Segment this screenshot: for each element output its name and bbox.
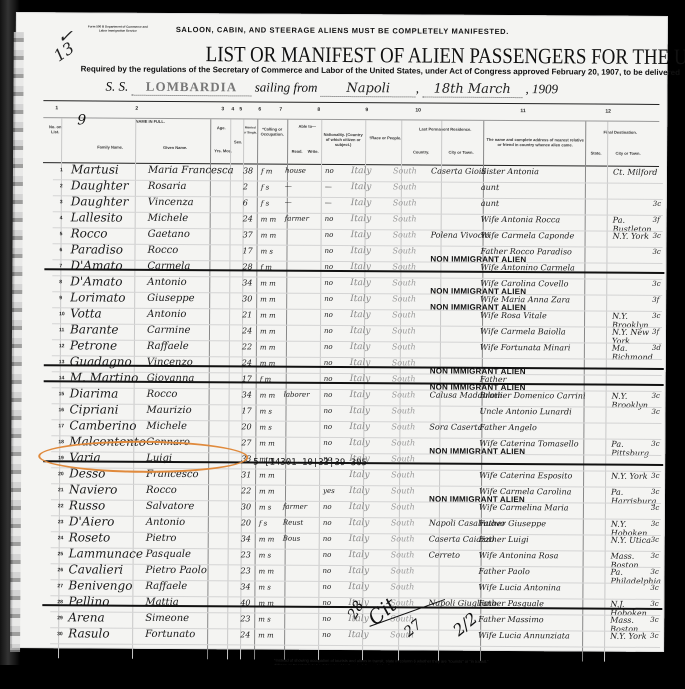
col-header-given: Given Name. (150, 145, 200, 150)
nationality: Italy (350, 390, 371, 400)
occupation: Reust (283, 519, 303, 527)
age: 17 (241, 406, 251, 415)
row-number: 18 (58, 439, 64, 445)
nearest-relative: Wife Maria Anna Zara (480, 295, 570, 305)
nationality: Italy (349, 566, 370, 576)
row-number: 20 (58, 471, 64, 477)
col-num-11: 11 (520, 108, 525, 114)
row-number: 6 (59, 247, 62, 253)
margin-mark: 3c (653, 232, 661, 240)
race: South (391, 486, 415, 495)
family-name: Rasulo (68, 626, 110, 640)
sex-marital: m m (260, 296, 276, 304)
row-number: 30 (57, 631, 63, 637)
col-num-8: 8 (317, 107, 320, 113)
given-name: Rosaria (148, 181, 187, 192)
family-name: Benivengo (68, 578, 132, 592)
row-number: 3 (60, 199, 63, 205)
given-name: Rocco (147, 389, 178, 400)
nationality: Italy (350, 326, 371, 336)
given-name: Raffaele (147, 341, 189, 352)
nearest-relative: Father Paolo (479, 567, 530, 576)
col-num-5: 5 (239, 106, 242, 112)
scan-background (0, 665, 685, 689)
age: 24 (240, 630, 250, 639)
occupation: house (285, 167, 306, 175)
final-destination: N.Y. Utica (611, 536, 651, 545)
family-name: Paradiso (70, 242, 123, 256)
race: South (391, 550, 415, 559)
age: 23 (241, 566, 251, 575)
race: South (392, 246, 416, 255)
given-name: Giuseppe (147, 293, 194, 304)
col-header-yrs-mos: Yrs. Mos. (211, 148, 235, 153)
nearest-relative: Wife Carmelina Maria (479, 503, 569, 513)
margin-mark: 3c (651, 440, 659, 448)
read-write: no (324, 391, 333, 399)
sex-marital: m s (259, 504, 272, 512)
row-number: 4 (60, 215, 63, 221)
age: 24 (242, 326, 252, 335)
row-number: 16 (58, 407, 64, 413)
read-write: no (325, 167, 334, 175)
sex-marital: m m (260, 328, 276, 336)
row-number: 25 (58, 551, 64, 557)
given-name: Gaetano (148, 229, 190, 240)
family-name: Lammunace (69, 546, 143, 560)
margin-mark: 3f (652, 328, 659, 336)
sex-marital: m m (259, 568, 275, 576)
age: 6 (243, 198, 248, 207)
nationality: Italy (351, 230, 372, 240)
family-name: Daughter (71, 194, 129, 208)
age: 23 (240, 614, 250, 623)
margin-mark: 3c (650, 616, 658, 624)
age: 23 (241, 550, 251, 559)
nationality: Italy (351, 182, 372, 192)
nearest-relative: Father Luigi (479, 535, 529, 544)
read-write: yes (323, 487, 335, 495)
nationality: Italy (348, 630, 369, 640)
family-name: Barante (70, 322, 119, 336)
family-name: Martusi (71, 162, 119, 176)
given-name: Carmine (147, 325, 191, 336)
race: South (391, 518, 415, 527)
family-name: Russo (69, 498, 105, 512)
read-write: no (323, 567, 332, 575)
banner: SALOON, CABIN, AND STEERAGE ALIENS MUST … (176, 25, 509, 36)
nationality: Italy (349, 406, 370, 416)
race: South (391, 534, 415, 543)
read-write: no (324, 295, 333, 303)
final-destination: Ct. Milford (613, 168, 658, 177)
manifest-rows: 1 Martusi Maria Francesca 38 f m house n… (16, 12, 668, 16)
nearest-relative: Wife Antonina Rosa (479, 551, 559, 560)
given-name: Pietro (146, 533, 177, 544)
nationality: Italy (351, 214, 372, 224)
row-number: 23 (58, 519, 64, 525)
row-number: 21 (58, 487, 64, 493)
margin-mark: 3c (653, 200, 661, 208)
row-number: 2 (60, 183, 63, 189)
col-num-1: 1 (55, 105, 58, 111)
col-num-6: 6 (258, 106, 261, 112)
race: South (393, 214, 417, 223)
col-header-city: City or Town. (441, 150, 481, 155)
nationality: Italy (349, 438, 370, 448)
family-name: Roseto (69, 530, 111, 544)
nearest-relative: Father Massimo (478, 615, 543, 624)
family-name: Diarima (70, 386, 119, 400)
row-number: 5 (60, 231, 63, 237)
nearest-relative: Uncle Antonio Lunardi (479, 407, 571, 417)
row-number: 10 (59, 311, 65, 317)
col-num-7: 7 (279, 107, 282, 113)
read-write: — (325, 183, 332, 191)
read-write: no (322, 631, 331, 639)
age: 37 (243, 230, 253, 239)
read-write: — (325, 199, 332, 207)
nationality: Italy (349, 518, 370, 528)
given-name: Antonio (146, 517, 185, 528)
col-header-write: Write. (305, 149, 321, 154)
given-name: Maria Francesca (148, 165, 234, 177)
race: South (391, 406, 415, 415)
row-number: 15 (59, 391, 65, 397)
col-header-read: Read. (289, 149, 305, 154)
margin-mark: 3c (652, 248, 660, 256)
read-write: no (325, 215, 334, 223)
sex-marital: m m (261, 216, 277, 224)
col-header-nationality: Nationality. (Country of which citizen o… (323, 132, 363, 147)
sailing-from-label: sailing from (255, 79, 318, 94)
sex-marital: f s (261, 200, 269, 208)
nearest-relative: Wife Carmela Baiolla (480, 327, 566, 337)
race: South (393, 230, 417, 239)
col-header-family: Family Name. (85, 144, 135, 149)
col-num-9: 9 (365, 107, 368, 113)
sex-marital: m m (258, 632, 274, 640)
read-write: no (324, 311, 333, 319)
col-header-relative: The name and complete address of nearest… (485, 137, 585, 148)
last-residence: Caserta Gioia (431, 167, 486, 176)
given-name: Pasquale (146, 549, 191, 560)
nearest-relative: Wife Carolina Covello (480, 279, 568, 289)
margin-mark: 3c (650, 584, 658, 592)
read-write: no (324, 343, 333, 351)
family-name: Daughter (71, 178, 129, 192)
sex-marital: m m (259, 440, 275, 448)
race: South (391, 422, 415, 431)
margin-mark: 3c (651, 504, 659, 512)
margin-mark: 3c (651, 488, 659, 496)
col-header-able-to: Able to— (295, 124, 319, 129)
nearest-relative: Wife Lucia Annunziata (478, 631, 570, 641)
read-write: no (323, 535, 332, 543)
manifest-page: ✓ 13 Form 500 B Department of Commerce a… (12, 12, 668, 652)
family-name: Petrone (70, 338, 117, 352)
race: South (393, 198, 417, 207)
nationality: Italy (349, 422, 370, 432)
col-header-married: Married or Single. (243, 125, 257, 135)
occupation: farmer (285, 215, 309, 223)
row-number: 24 (58, 535, 64, 541)
row-number: 8 (59, 279, 62, 285)
sex-marital: m s (259, 552, 272, 560)
row-number: 12 (59, 343, 65, 349)
sex-marital: m m (260, 344, 276, 352)
given-name: Michele (146, 421, 187, 432)
sex-marital: m s (258, 616, 271, 624)
row-number: 26 (58, 567, 64, 573)
col-num-10: 10 (415, 107, 421, 113)
given-name: Pietro Paolo (146, 565, 207, 576)
race: South (391, 470, 415, 479)
margin-mark: 3c (652, 312, 660, 320)
margin-mark: 3c (650, 632, 658, 640)
family-name: Camberino (69, 418, 136, 432)
sex-marital: f s (259, 520, 267, 528)
read-write: no (323, 423, 332, 431)
sex-marital: m m (259, 536, 275, 544)
nationality: Italy (351, 198, 372, 208)
occupation: laborer (284, 391, 310, 399)
row-20-reference-code: 5-[14301-10|33|39-305 (253, 457, 367, 468)
sex-marital: m m (259, 472, 275, 480)
margin-mark: 3c (651, 408, 659, 416)
occupation: — (285, 183, 292, 191)
col-header-last-residence: Last Permanent Residence. (405, 126, 485, 131)
sex-marital: m s (259, 408, 272, 416)
age: 34 (240, 582, 250, 591)
ship-name: LOMBARDIA (131, 79, 251, 97)
nearest-relative: Wife Caterina Esposito (479, 471, 572, 481)
race: South (391, 502, 415, 511)
age: 31 (241, 470, 251, 479)
row-number: 17 (58, 423, 64, 429)
nearest-relative: Father Giuseppe (479, 519, 546, 528)
race: South (393, 182, 417, 191)
col-header-country: Country. (401, 149, 441, 154)
age: 20 (241, 422, 251, 431)
nearest-relative: Wife Fortunata Minari (480, 343, 571, 353)
sailing-line: S. S. LOMBARDIA sailing from Napoli, 18t… (105, 79, 558, 99)
nearest-relative: Wife Antonia Rocca (481, 215, 560, 224)
col-header-name: NAME IN FULL. (115, 119, 185, 124)
age: 34 (242, 278, 252, 287)
age: 27 (241, 438, 251, 447)
nearest-relative: Wife Carmela Caponde (481, 231, 575, 241)
sex-marital: m m (260, 392, 276, 400)
ss-prefix: S. S. (105, 79, 128, 94)
nearest-relative: Brother Domenico Carrini (480, 391, 586, 401)
given-name: Salvatore (146, 501, 194, 512)
occupation: Bous (283, 535, 301, 543)
given-name: Rocco (147, 245, 178, 256)
margin-mark: 3c (652, 392, 660, 400)
family-name: D'Aiero (69, 514, 115, 528)
nearest-relative: Father Angelo (479, 423, 536, 432)
sex-marital: f m (261, 168, 273, 176)
family-name: Rocco (71, 226, 108, 240)
sex-marital: m s (260, 248, 273, 256)
row-number: 1 (60, 167, 63, 173)
given-name: Antonio (147, 309, 186, 320)
nationality: Italy (350, 246, 371, 256)
family-name: Lorimato (70, 290, 125, 304)
family-name: Cipriani (69, 402, 118, 416)
read-write: no (323, 551, 332, 559)
sailing-date: 18th March (422, 81, 522, 98)
race: South (390, 582, 414, 591)
nationality: Italy (349, 502, 370, 512)
given-name: Maurizio (146, 405, 191, 416)
nearest-relative: Wife Caterina Tomasello (479, 439, 578, 449)
read-write: no (323, 503, 332, 511)
age: 30 (242, 294, 252, 303)
margin-mark: 3d (652, 344, 661, 352)
given-name: Antonio (147, 277, 186, 288)
list-marker: 9 (77, 112, 86, 128)
given-name: Raffaele (145, 581, 187, 592)
col-header-age: Age. (211, 125, 231, 130)
age: 2 (243, 182, 248, 191)
margin-mark: 3f (653, 216, 660, 224)
age: 24 (243, 214, 253, 223)
col-num-12: 12 (605, 109, 611, 115)
margin-mark: 3c (651, 536, 659, 544)
col-num-4: 4 (231, 106, 234, 112)
sex-marital: m s (259, 424, 272, 432)
age: 20 (241, 518, 251, 527)
read-write: no (322, 615, 331, 623)
read-write: no (324, 279, 333, 287)
race: South (391, 566, 415, 575)
margin-mark: 3c (652, 280, 660, 288)
age: 34 (241, 534, 251, 543)
nationality: Italy (351, 166, 372, 176)
nearest-relative: Wife Carmela Carolina (479, 487, 571, 497)
family-name: Arena (68, 610, 104, 624)
row-number: 11 (59, 327, 64, 333)
nationality: Italy (350, 294, 371, 304)
nationality: Italy (349, 550, 370, 560)
read-write: no (323, 407, 332, 415)
col-header-state: State. (587, 151, 605, 156)
sex-marital: f s (261, 184, 269, 192)
col-header-calling: *Calling or Occupation. (258, 126, 286, 136)
margin-mark: 3c (651, 552, 659, 560)
nearest-relative: Father Rocco Paradiso (480, 247, 571, 257)
sex-marital: m m (260, 280, 276, 288)
margin-mark: 3c (650, 600, 658, 608)
last-residence: Cerreto (429, 551, 460, 560)
row-number: 9 (59, 295, 62, 301)
family-name: Votta (70, 306, 102, 320)
read-write: no (324, 247, 333, 255)
row-number: 27 (57, 583, 63, 589)
race: South (392, 294, 416, 303)
given-name: Fortunato (145, 629, 195, 640)
read-write: no (325, 231, 334, 239)
row-number: 22 (58, 503, 64, 509)
final-destination: N.Y. York (613, 232, 650, 241)
nearest-relative: Wife Rosa Vitale (480, 311, 547, 320)
race: South (392, 310, 416, 319)
age: 22 (241, 486, 251, 495)
given-name: Vincenza (148, 197, 194, 208)
page-number: 13 (50, 38, 78, 65)
nearest-relative: aunt (481, 183, 499, 192)
read-write: no (324, 327, 333, 335)
read-write: no (323, 439, 332, 447)
nationality: Italy (350, 310, 371, 320)
sex-marital: m m (259, 488, 275, 496)
occupation: — (285, 199, 292, 207)
race: South (392, 390, 416, 399)
sailing-year: , 1909 (525, 81, 558, 96)
nationality: Italy (350, 342, 371, 352)
last-residence: Sora Caserta (429, 423, 482, 432)
race: South (393, 166, 417, 175)
family-name: D'Amato (70, 274, 122, 288)
age: 17 (242, 246, 252, 255)
nationality: Italy (348, 582, 369, 592)
race: South (391, 438, 415, 447)
col-header-race: †Race or People. (367, 135, 403, 140)
row-number: 29 (57, 615, 63, 621)
given-name: Simeone (145, 613, 189, 624)
col-header-final-dest: Final Destination. (595, 130, 645, 135)
final-destination: N.Y. York (611, 472, 648, 481)
family-name: Cavalieri (69, 562, 124, 576)
margin-mark: 3c (651, 472, 659, 480)
nationality: Italy (349, 534, 370, 544)
nearest-relative: Sister Antonia (481, 167, 539, 176)
nearest-relative: aunt (481, 199, 499, 208)
nationality: Italy (350, 278, 371, 288)
final-destination: N.Y. York (610, 632, 647, 641)
sex-marital: m s (258, 584, 271, 592)
family-name: Naviero (69, 482, 117, 496)
nearest-relative: Wife Lucia Antonina (478, 583, 560, 593)
nationality: Italy (349, 486, 370, 496)
nationality: Italy (349, 470, 370, 480)
given-name: Rocco (146, 485, 177, 496)
margin-mark: 3f (652, 296, 659, 304)
sex-marital: m m (260, 312, 276, 320)
age: 30 (241, 502, 251, 511)
read-write: no (322, 583, 331, 591)
margin-mark: 3c (651, 520, 659, 528)
col-header-sex: Sex. (233, 139, 243, 144)
read-write: no (323, 519, 332, 527)
col-num-3: 3 (221, 106, 224, 112)
header-rule-top (43, 100, 659, 105)
race: South (392, 342, 416, 351)
family-name: Lallesito (71, 210, 123, 224)
port-of-departure: Napoli (321, 81, 416, 98)
age: 22 (242, 342, 252, 351)
age: 34 (242, 390, 252, 399)
occupation: farmer (283, 503, 307, 511)
margin-mark: 3c (651, 568, 659, 576)
race: South (392, 326, 416, 335)
col-num-2: 2 (135, 106, 138, 112)
col-header-dest-city: City or Town. (610, 151, 646, 156)
sex-marital: m m (261, 232, 277, 240)
age: 38 (243, 166, 253, 175)
